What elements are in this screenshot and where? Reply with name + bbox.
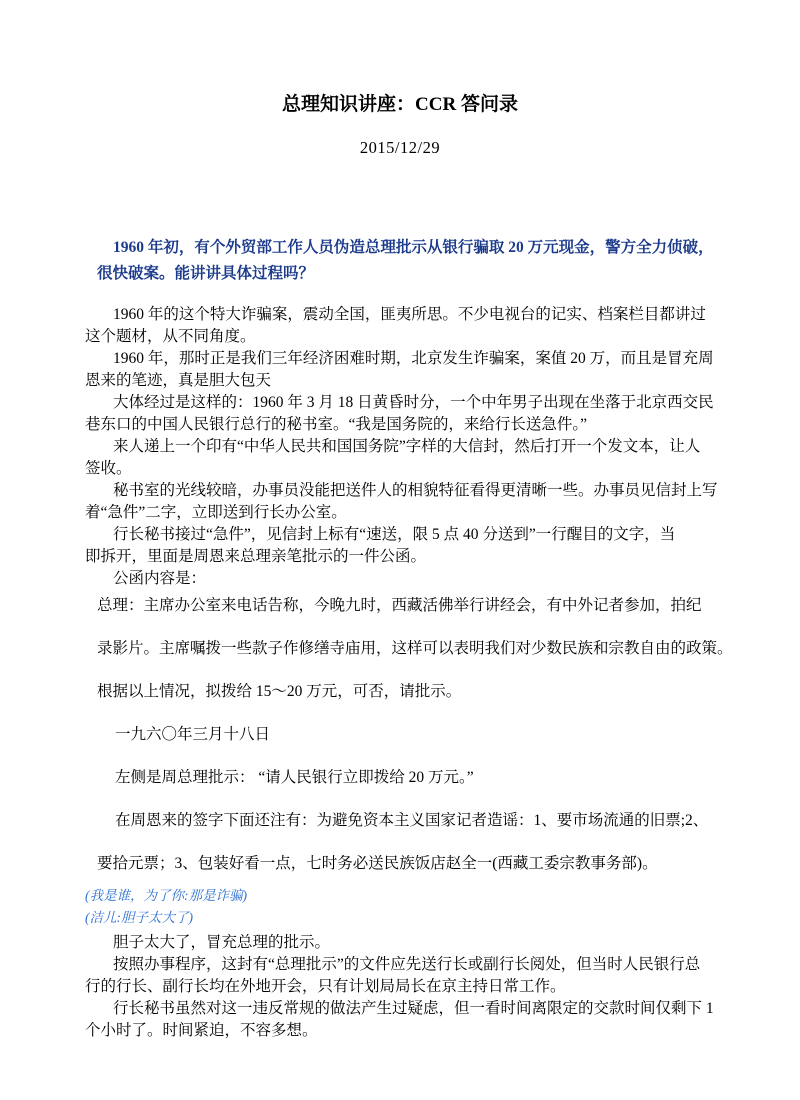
letter-line: 左侧是周总理批示： “请人民银行立即拨给 20 万元。”	[97, 767, 719, 789]
comment-line: (洁儿:胆子太大了)	[85, 907, 719, 929]
closing-line: 行的行长、副行长均在外地开会，只有计划局局长在京主持日常工作。	[85, 976, 719, 998]
letter-line: 录影片。主席嘱拨一些款子作修缮寺庙用，这样可以表明我们对少数民族和宗教自由的政策…	[97, 638, 719, 660]
closing-line: 按照办事程序，这封有“总理批示”的文件应先送行长或副行长阅处，但当时人民银行总	[85, 954, 719, 976]
closing-body: 胆子太大了，冒充总理的批示。 按照办事程序，这封有“总理批示”的文件应先送行长或…	[85, 932, 719, 1042]
annotation-comments: (我是谁，为了你:那是诈骗) (洁儿:胆子太大了)	[85, 885, 719, 929]
letter-line: 总理：主席办公室来电话告称，今晚九时，西藏活佛举行讲经会，有中外记者参加，拍纪	[97, 595, 719, 617]
body-line: 秘书室的光线较暗，办事员没能把送件人的相貌特征看得更清晰一些。办事员见信封上写	[85, 480, 719, 502]
letter-line: 要拾元票；3、包装好看一点，七时务必送民族饭店赵全一(西藏工委宗教事务部)。	[97, 853, 719, 875]
letter-date-line: 一九六〇年三月十八日	[97, 724, 719, 746]
letter-line: 在周恩来的签字下面还注有：为避免资本主义国家记者造谣：1、要市场流通的旧票;2、	[97, 810, 719, 832]
question-line: 1960 年初，有个外贸部工作人员伪造总理批示从银行骗取 20 万元现金，警方全…	[97, 235, 719, 261]
letter-line: 根据以上情况，拟拨给 15～20 万元，可否，请批示。	[97, 681, 719, 703]
body-line: 巷东口的中国人民银行总行的秘书室。“我是国务院的，来给行长送急件。”	[85, 414, 719, 436]
document-page: 总理知识讲座：CCR 答问录 2015/12/29 1960 年初，有个外贸部工…	[0, 0, 800, 1100]
doc-date: 2015/12/29	[0, 137, 800, 159]
body-line: 着“急件”二字，立即送到行长办公室。	[85, 502, 719, 524]
answer-body: 1960 年的这个特大诈骗案，震动全国，匪夷所思。不少电视台的记实、档案栏目都讲…	[85, 304, 719, 590]
closing-line: 个小时了。时间紧迫，不容多想。	[85, 1020, 719, 1042]
body-line: 大体经过是这样的：1960 年 3 月 18 日黄昏时分，一个中年男子出现在坐落…	[85, 392, 719, 414]
body-line: 1960 年的这个特大诈骗案，震动全国，匪夷所思。不少电视台的记实、档案栏目都讲…	[85, 304, 719, 326]
body-line: 行长秘书接过“急件”，见信封上标有“速送，限 5 点 40 分送到”一行醒目的文…	[85, 524, 719, 546]
body-line: 1960 年，那时正是我们三年经济困难时期，北京发生诈骗案，案值 20 万，而且…	[85, 348, 719, 370]
question-paragraph: 1960 年初，有个外贸部工作人员伪造总理批示从银行骗取 20 万元现金，警方全…	[97, 235, 719, 287]
comment-line: (我是谁，为了你:那是诈骗)	[85, 885, 719, 907]
body-line: 来人递上一个印有“中华人民共和国国务院”字样的大信封，然后打开一个发文本，让人	[85, 436, 719, 458]
quoted-letter: 总理：主席办公室来电话告称，今晚九时，西藏活佛举行讲经会，有中外记者参加，拍纪 …	[97, 595, 719, 875]
body-line: 即拆开，里面是周恩来总理亲笔批示的一件公函。	[85, 546, 719, 568]
closing-line: 胆子太大了，冒充总理的批示。	[85, 932, 719, 954]
closing-line: 行长秘书虽然对这一违反常规的做法产生过疑虑，但一看时间离限定的交款时间仅剩下 1	[85, 998, 719, 1020]
question-line: 很快破案。能讲讲具体过程吗？	[97, 261, 719, 287]
body-line: 公函内容是：	[85, 568, 719, 590]
body-line: 这个题材，从不同角度。	[85, 326, 719, 348]
body-line: 恩来的笔迹，真是胆大包天	[85, 370, 719, 392]
page-title: 总理知识讲座：CCR 答问录	[0, 92, 800, 118]
body-line: 签收。	[85, 458, 719, 480]
